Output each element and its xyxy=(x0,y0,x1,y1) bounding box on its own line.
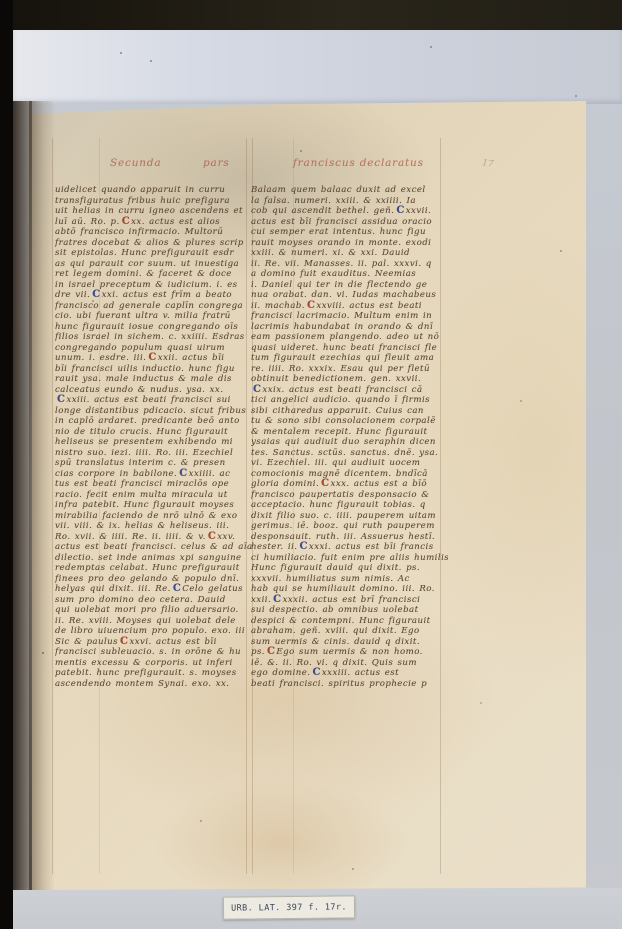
line-text: calceatus eundo & nudus. ysa. xx. xyxy=(55,385,223,395)
line-text: longe distantibus pdicacio. sicut fribus xyxy=(55,406,246,416)
text-line: francisci lacrimacio. Multum enim in xyxy=(251,311,448,322)
text-line: dilectio. set inde animas xpi sanguine xyxy=(55,553,252,564)
text-line: sum uermis & cinis. dauid q dixit. xyxy=(251,637,448,648)
slide-frame-left xyxy=(0,0,13,929)
line-text: uit helias in curru igneo ascendens et xyxy=(55,206,243,216)
line-text: & mentalem recepit. Hunc figurauit xyxy=(251,427,427,437)
paraph-mark-icon: C xyxy=(307,300,315,311)
line-text: mirabilia faciendo de nrō ulnō & exo xyxy=(55,511,238,521)
text-line: nistro suo. iezi. iiii. Ro. iii. Ezechie… xyxy=(55,448,252,459)
line-text: vii. viii. & ix. helias & heliseus. iii. xyxy=(55,521,229,531)
line-text: a domino fuit exauditus. Neemias xyxy=(251,269,416,279)
line-text: nua orabat. dan. vi. Iudas machabeus xyxy=(251,290,436,300)
text-line: re. iiii. Ro. xxxix. Esau qui per fletū xyxy=(251,364,448,375)
line-text: xxii. actus bīi xyxy=(158,353,225,363)
line-text: nistro suo. iezi. iiii. Ro. iii. Ezechie… xyxy=(55,448,233,458)
text-line: rauit ysa. male inductus & male dis xyxy=(55,374,252,385)
running-title-secunda: Secunda xyxy=(110,157,161,169)
line-text: infra patebit. Hunc figurauit moyses xyxy=(55,500,234,510)
text-line: calceatus eundo & nudus. ysa. xx. xyxy=(55,385,252,396)
text-line: infra patebit. Hunc figurauit moyses xyxy=(55,500,252,511)
paraph-mark-icon: C xyxy=(253,384,261,395)
text-line: a domino fuit exauditus. Neemias xyxy=(251,269,448,280)
line-text: filios israel in sichem. c. xxiiii. Esdr… xyxy=(55,332,245,342)
text-line: Ro. xvii. & iiii. Re. ii. iiii. & v.Cxxv… xyxy=(55,532,252,543)
line-text: cio. ubi fuerant ultra v. milia fratrū xyxy=(55,311,231,321)
text-line: qui uolebat mori pro filio aduersario. xyxy=(55,605,252,616)
line-text: qui uolebat mori pro filio aduersario. xyxy=(55,605,239,615)
text-line: helyas qui dixit. iii. Re.CCelo gelatus xyxy=(55,584,252,595)
text-column-right: Balaam quem balaac duxit ad excella fals… xyxy=(251,185,448,689)
line-text: xxv. xyxy=(217,532,235,542)
text-line: cias corpore in babilone.Cxxiiii. ac xyxy=(55,469,252,480)
line-text: sum pro domino deo cetera. Dauid xyxy=(55,595,226,605)
gutter-crease-line xyxy=(29,101,32,890)
line-text: la falsa. numeri. xxiii. & xxiiii. Ia xyxy=(251,196,416,206)
text-line: xxii.Cxxxii. actus est brī francisci xyxy=(251,595,448,606)
line-text: xxii. xyxy=(251,595,271,605)
line-text: tici angelici audicio. quando ī firmis xyxy=(251,395,430,405)
text-line: cob qui ascendit bethel. geñ.Cxxvii. xyxy=(251,206,448,217)
paraph-mark-icon: C xyxy=(273,594,281,605)
text-line: rauit moyses orando in monte. exodi xyxy=(251,238,448,249)
text-line: racio. fecit enim multa miracula ut xyxy=(55,490,252,501)
text-line: tum figurauit ezechias qui fleuit ama xyxy=(251,353,448,364)
line-text: in caplō ardaret. predicante beō anto xyxy=(55,416,240,426)
line-text: finees pro deo gelando & populo dnī. xyxy=(55,574,239,584)
text-line: gerimus. iē. booz. qui ruth pauperem xyxy=(251,521,448,532)
line-text: despici & contempni. Hunc figurauit xyxy=(251,616,431,626)
folio-number: 17 xyxy=(481,158,494,169)
line-text: francisco ad generale caplīn congrega xyxy=(55,301,243,311)
running-title-franciscus: franciscus declaratus xyxy=(293,157,424,169)
line-text: gloria domini. xyxy=(251,479,319,489)
text-line: sibi citharedus apparuit. Cuius can xyxy=(251,406,448,417)
text-line: nua orabat. dan. vi. Iudas machabeus xyxy=(251,290,448,301)
line-text: ysaias qui audiuit duo seraphin dicen xyxy=(251,437,436,447)
text-line: quasi uideret. hunc beati francisci fle xyxy=(251,343,448,354)
line-text: nio de titulo crucis. Hunc figurauit xyxy=(55,427,228,437)
text-line: sit epistolas. Hunc prefigurauit esdr xyxy=(55,248,252,259)
line-text: as qui parauit cor suum. ut inuestiga xyxy=(55,259,239,269)
paraph-mark-icon: C xyxy=(267,646,275,657)
line-text: abtō francisco infirmacio. Multorū xyxy=(55,227,223,237)
text-line: cui semper erat intentus. hunc figu xyxy=(251,227,448,238)
line-text: uidelicet quando apparuit in curru xyxy=(55,185,225,195)
line-text: xxxvii. humiliatus sum nimis. Ac xyxy=(251,574,410,584)
line-text: gerimus. iē. booz. qui ruth pauperem xyxy=(251,521,435,531)
text-line: ascendendo montem Synai. exo. xx. xyxy=(55,679,252,690)
line-text: xxix. actus est beati francisci cā xyxy=(262,385,422,395)
line-text: beati francisci. spiritus prophecie p xyxy=(251,679,427,689)
mount-top-strip xyxy=(13,30,622,104)
text-line: luī aū. Ro. p.Cxx. actus est alios xyxy=(55,217,252,228)
paraph-mark-icon: C xyxy=(122,216,130,227)
paraph-mark-icon: C xyxy=(120,636,128,647)
text-line: spū translatus interim c. & presen xyxy=(55,458,252,469)
line-text: transfiguratus fribus huic prefigura xyxy=(55,196,230,206)
line-text: tes. Sanctus. sctūs. sanctus. dnē. ysa. xyxy=(251,448,438,458)
line-text: de libro uiuencium pro populo. exo. iii xyxy=(55,626,245,636)
line-text: Ego sum uermis & non homo. xyxy=(276,647,422,657)
line-text: ret legem domini. & faceret & doce xyxy=(55,269,232,279)
line-text: ii. Re. vii. Manasses. ii. pal. xxxvi. q xyxy=(251,259,432,269)
paraph-mark-icon: C xyxy=(312,667,320,678)
text-line: tici angelici audicio. quando ī firmis xyxy=(251,395,448,406)
text-line: redemptas celabat. Hunc prefigurauit xyxy=(55,563,252,574)
text-line: hab qui se humiliauit domino. iii. Ro. xyxy=(251,584,448,595)
line-text: fratres docebat & alios & plures scrip xyxy=(55,238,244,248)
line-text: acceptacio. hunc figurauit tobias. q xyxy=(251,500,426,510)
line-text: unum. i. esdre. iii. xyxy=(55,353,146,363)
slide-frame-top xyxy=(0,0,622,30)
line-text: actus est bīi francisci assidua oracio xyxy=(251,217,432,227)
line-text: Celo gelatus xyxy=(182,584,243,594)
line-text: sui despectio. ab omnibus uolebat xyxy=(251,605,419,615)
line-text: dre vii. xyxy=(55,290,90,300)
line-text: ascendendo montem Synai. exo. xx. xyxy=(55,679,229,689)
line-text: hunc figurauit iosue congregando oīs xyxy=(55,322,238,332)
line-text: mentis excessu & corporis. ut inferi xyxy=(55,658,233,668)
text-line: acceptacio. hunc figurauit tobias. q xyxy=(251,500,448,511)
text-line: unum. i. esdre. iii.Cxxii. actus bīi xyxy=(55,353,252,364)
text-line: ci humiliacio. fuit enim pre aliis humil… xyxy=(251,553,448,564)
paraph-mark-icon: C xyxy=(299,541,307,552)
paraph-mark-icon: C xyxy=(148,352,156,363)
line-text: xxiiii. ac xyxy=(189,469,231,479)
text-line: in israel preceptum & iudicium. i. es xyxy=(55,280,252,291)
manuscript-photo: { "photo": { "shelfmark_label": "URB. LA… xyxy=(0,0,622,929)
text-line: sui despectio. ab omnibus uolebat xyxy=(251,605,448,616)
text-line: as qui parauit cor suum. ut inuestiga xyxy=(55,259,252,270)
line-text: xxxiii. actus est xyxy=(322,668,399,678)
text-line: obtinuit benedictionem. gen. xxvii. xyxy=(251,374,448,385)
line-text: francisci lacrimacio. Multum enim in xyxy=(251,311,432,321)
line-text: sibi citharedus apparuit. Cuius can xyxy=(251,406,424,416)
line-text: xxviii. actus est beati xyxy=(316,301,422,311)
line-text: xxiii. & numeri. xi. & xxi. Dauid xyxy=(251,248,410,258)
line-text: xxx. actus est a bīō xyxy=(331,479,427,489)
line-text: ego domine. xyxy=(251,668,310,678)
paraph-mark-icon: C xyxy=(57,394,65,405)
line-text: rauit moyses orando in monte. exodi xyxy=(251,238,431,248)
text-line: uidelicet quando apparuit in curru xyxy=(55,185,252,196)
line-text: francisci subleuacio. s. in orōne & hu xyxy=(55,647,241,657)
text-line: despici & contempni. Hunc figurauit xyxy=(251,616,448,627)
text-line: gloria domini.Cxxx. actus est a bīō xyxy=(251,479,448,490)
line-text: ps. xyxy=(251,647,265,657)
text-line: ps.CEgo sum uermis & non homo. xyxy=(251,647,448,658)
line-text: hester. ii. xyxy=(251,542,297,552)
line-text: ii. Re. xviii. Moyses qui uolebat dele xyxy=(55,616,236,626)
line-text: cui semper erat intentus. hunc figu xyxy=(251,227,426,237)
text-line: Cxxix. actus est beati francisci cā xyxy=(251,385,448,396)
shelfmark-text: URB. LAT. 397 f. 17r. xyxy=(231,902,347,913)
paraph-mark-icon: C xyxy=(208,531,216,542)
line-text: xxxii. actus est brī francisci xyxy=(283,595,421,605)
line-text: heliseus se presentem exhibendo mi xyxy=(55,437,233,447)
line-text: sum uermis & cinis. dauid q dixit. xyxy=(251,637,420,647)
line-text: lacrimis habundabat in orando & dnī xyxy=(251,322,433,332)
line-text: congregando populum quasi uirum xyxy=(55,343,225,353)
text-line: Hunc figurauit dauid qui dixit. ps. xyxy=(251,563,448,574)
line-text: actus est beati francisci. celus & ad aī… xyxy=(55,542,252,552)
text-line: francisco paupertatis desponsacio & xyxy=(251,490,448,501)
text-line: hester. ii.Cxxxi. actus est bīi francis xyxy=(251,542,448,553)
line-text: dixit filio suo. c. iiii. pauperem uitam xyxy=(251,511,436,521)
running-title-pars: pars xyxy=(203,157,230,169)
line-text: cias corpore in babilone. xyxy=(55,469,177,479)
manuscript-page: Secunda pars franciscus declaratus 17 ui… xyxy=(30,101,586,890)
text-line: bīi francisci uilis inductio. hunc figu xyxy=(55,364,252,375)
text-line: actus est bīi francisci assidua oracio xyxy=(251,217,448,228)
text-line: hunc figurauit iosue congregando oīs xyxy=(55,322,252,333)
line-text: xxi. actus est frīm a beato xyxy=(102,290,232,300)
text-line: transfiguratus fribus huic prefigura xyxy=(55,196,252,207)
line-text: tu & sono sibi consolacionem corpalē xyxy=(251,416,436,426)
text-line: mentis excessu & corporis. ut inferi xyxy=(55,658,252,669)
line-text: desponsauit. ruth. iii. Assuerus hestī. xyxy=(251,532,435,542)
text-line: la falsa. numeri. xxiii. & xxiiii. Ia xyxy=(251,196,448,207)
text-line: francisco ad generale caplīn congrega xyxy=(55,301,252,312)
text-line: de libro uiuencium pro populo. exo. iii xyxy=(55,626,252,637)
paraph-mark-icon: C xyxy=(179,468,187,479)
text-line: & mentalem recepit. Hunc figurauit xyxy=(251,427,448,438)
line-text: obtinuit benedictionem. gen. xxvii. xyxy=(251,374,421,384)
line-text: eam passionem plangendo. adeo ut nō xyxy=(251,332,439,342)
text-line: Cxxiii. actus est beati francisci sui xyxy=(55,395,252,406)
text-line: francisci subleuacio. s. in orōne & hu xyxy=(55,647,252,658)
text-line: xxiii. & numeri. xi. & xxi. Dauid xyxy=(251,248,448,259)
text-line: patebit. hunc prefigurauit. s. moyses xyxy=(55,668,252,679)
text-line: i. Daniel qui ter in die flectendo ge xyxy=(251,280,448,291)
text-line: longe distantibus pdicacio. sicut fribus xyxy=(55,406,252,417)
line-text: xxxi. actus est bīi francis xyxy=(309,542,434,552)
line-text: Hunc figurauit dauid qui dixit. ps. xyxy=(251,563,420,573)
line-text: i. Daniel qui ter in die flectendo ge xyxy=(251,280,427,290)
text-line: ego domine.Cxxxiii. actus est xyxy=(251,668,448,679)
line-text: racio. fecit enim multa miracula ut xyxy=(55,490,228,500)
line-text: xx. actus est alios xyxy=(131,217,220,227)
line-text: comocionis magnē dicentem. bndīcā xyxy=(251,469,428,479)
text-line: mirabilia faciendo de nrō ulnō & exo xyxy=(55,511,252,522)
line-text: helyas qui dixit. iii. Re. xyxy=(55,584,171,594)
text-line: desponsauit. ruth. iii. Assuerus hestī. xyxy=(251,532,448,543)
line-text: redemptas celabat. Hunc prefigurauit xyxy=(55,563,240,573)
text-line: sum pro domino deo cetera. Dauid xyxy=(55,595,252,606)
text-line: xxxvii. humiliatus sum nimis. Ac xyxy=(251,574,448,585)
text-line: lacrimis habundabat in orando & dnī xyxy=(251,322,448,333)
line-text: bīi francisci uilis inductio. hunc figu xyxy=(55,364,235,374)
text-line: vi. Ezechiel. iii. qui audiuit uocem xyxy=(251,458,448,469)
text-line: nio de titulo crucis. Hunc figurauit xyxy=(55,427,252,438)
text-line: ret legem domini. & faceret & doce xyxy=(55,269,252,280)
line-text: rauit ysa. male inductus & male dis xyxy=(55,374,232,384)
text-line: vii. viii. & ix. helias & heliseus. iii. xyxy=(55,521,252,532)
line-text: ci humiliacio. fuit enim pre aliis humil… xyxy=(251,553,448,563)
line-text: xxvi. actus est bīi xyxy=(129,637,216,647)
text-line: tus est beati francisci miraclōs ope xyxy=(55,479,252,490)
text-line: ii. machab.Cxxviii. actus est beati xyxy=(251,301,448,312)
line-text: dilectio. set inde animas xpi sanguine xyxy=(55,553,242,563)
line-text: cob qui ascendit bethel. geñ. xyxy=(251,206,394,216)
line-text: abraham. geñ. xviii. qui dixit. Ego xyxy=(251,626,420,636)
text-line: dixit filio suo. c. iiii. pauperem uitam xyxy=(251,511,448,522)
line-text: Sic & paulus xyxy=(55,637,118,647)
text-line: cio. ubi fuerant ultra v. milia fratrū xyxy=(55,311,252,322)
text-line: ii. Re. xviii. Moyses qui uolebat dele xyxy=(55,616,252,627)
text-line: comocionis magnē dicentem. bndīcā xyxy=(251,469,448,480)
text-line: abtō francisco infirmacio. Multorū xyxy=(55,227,252,238)
paraph-mark-icon: C xyxy=(173,583,181,594)
line-text: patebit. hunc prefigurauit. s. moyses xyxy=(55,668,237,678)
text-line: finees pro deo gelando & populo dnī. xyxy=(55,574,252,585)
line-text: spū translatus interim c. & presen xyxy=(55,458,226,468)
line-text: Balaam quem balaac duxit ad excel xyxy=(251,185,426,195)
text-line: ysaias qui audiuit duo seraphin dicen xyxy=(251,437,448,448)
text-line: uit helias in curru igneo ascendens et xyxy=(55,206,252,217)
text-column-left: uidelicet quando apparuit in currutransf… xyxy=(55,185,252,689)
text-line: ii. Re. vii. Manasses. ii. pal. xxxvi. q xyxy=(251,259,448,270)
text-line: Sic & paulusCxxvi. actus est bīi xyxy=(55,637,252,648)
text-line: in caplō ardaret. predicante beō anto xyxy=(55,416,252,427)
text-line: actus est beati francisci. celus & ad aī… xyxy=(55,542,252,553)
line-text: xxiii. actus est beati francisci sui xyxy=(66,395,230,405)
line-text: Ro. xvii. & iiii. Re. ii. iiii. & v. xyxy=(55,532,206,542)
line-text: tus est beati francisci miraclōs ope xyxy=(55,479,229,489)
line-text: hab qui se humiliauit domino. iii. Ro. xyxy=(251,584,435,594)
line-text: luī aū. Ro. p. xyxy=(55,217,120,227)
paraph-mark-icon: C xyxy=(321,478,329,489)
text-line: fratres docebat & alios & plures scrip xyxy=(55,238,252,249)
line-text: francisco paupertatis desponsacio & xyxy=(251,490,429,500)
text-line: iē. &. ii. Ro. vi. q dixit. Quis sum xyxy=(251,658,448,669)
text-line: dre vii.Cxxi. actus est frīm a beato xyxy=(55,290,252,301)
paraph-mark-icon: C xyxy=(92,289,100,300)
text-line: eam passionem plangendo. adeo ut nō xyxy=(251,332,448,343)
line-text: iē. &. ii. Ro. vi. q dixit. Quis sum xyxy=(251,658,417,668)
line-text: in israel preceptum & iudicium. i. es xyxy=(55,280,238,290)
text-line: tu & sono sibi consolacionem corpalē xyxy=(251,416,448,427)
line-text: tum figurauit ezechias qui fleuit ama xyxy=(251,353,434,363)
line-text: vi. Ezechiel. iii. qui audiuit uocem xyxy=(251,458,420,468)
line-text: ii. machab. xyxy=(251,301,305,311)
paraph-mark-icon: C xyxy=(396,205,404,216)
line-text: re. iiii. Ro. xxxix. Esau qui per fletū xyxy=(251,364,430,374)
line-text: quasi uideret. hunc beati francisci fle xyxy=(251,343,437,353)
text-line: tes. Sanctus. sctūs. sanctus. dnē. ysa. xyxy=(251,448,448,459)
text-line: Balaam quem balaac duxit ad excel xyxy=(251,185,448,196)
text-line: filios israel in sichem. c. xxiiii. Esdr… xyxy=(55,332,252,343)
shelfmark-label: URB. LAT. 397 f. 17r. xyxy=(223,895,355,919)
line-text: xxvii. xyxy=(406,206,431,216)
text-line: abraham. geñ. xviii. qui dixit. Ego xyxy=(251,626,448,637)
text-line: heliseus se presentem exhibendo mi xyxy=(55,437,252,448)
text-line: beati francisci. spiritus prophecie p xyxy=(251,679,448,690)
binding-gutter-shadow xyxy=(13,101,55,890)
line-text: sit epistolas. Hunc prefigurauit esdr xyxy=(55,248,234,258)
